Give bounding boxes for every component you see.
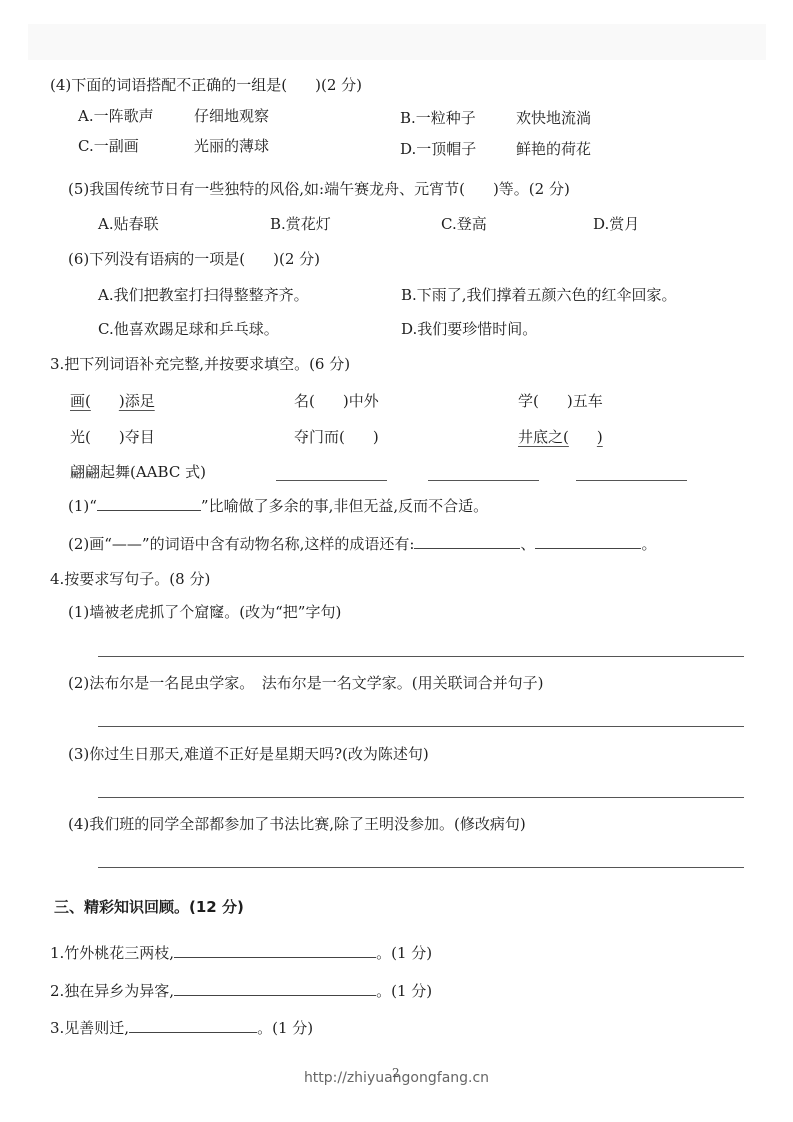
idiom-pre: 夺门而( — [294, 428, 345, 446]
idiom-5: 夺门而() — [294, 426, 379, 447]
idiom-2: 名()中外 — [294, 390, 379, 411]
q4-stem-text: (4)下面的词语搭配不正确的一组是( — [50, 76, 287, 94]
section3-title: 3.把下列词语补充完整,并按要求填空。(6 分) — [50, 353, 350, 374]
poem-pre: 3.见善则迁, — [50, 1019, 129, 1037]
part3-item-2-blank[interactable] — [174, 981, 376, 996]
aabc-blank-2[interactable] — [428, 480, 539, 481]
idiom-3: 学()五车 — [518, 390, 603, 411]
page-number: 2 — [392, 1066, 400, 1080]
idiom-post: ) — [597, 428, 603, 446]
idiom-pre: 井底之( — [518, 428, 569, 446]
q4-option-a: A.一阵歌声 — [78, 105, 154, 126]
poem-post: 。(1 分) — [257, 1019, 313, 1037]
q6-option-b: B.下雨了,我们撑着五颜六色的红伞回家。 — [401, 284, 677, 305]
q4-option-d: D.一顶帽子 — [400, 138, 476, 159]
poem-post: 。(1 分) — [376, 944, 432, 962]
part3-item-3: 3.见善则迁,。(1 分) — [50, 1017, 313, 1038]
sub2-blank-2[interactable] — [535, 534, 641, 549]
section4-item-2: (2)法布尔是一名昆虫学家。 法布尔是一名文学家。(用关联词合并句子) — [68, 672, 543, 693]
q6-stem-text: (6)下列没有语病的一项是( — [68, 250, 245, 268]
aabc-label: 翩翩起舞(AABC 式) — [70, 461, 206, 482]
q6-stem: (6)下列没有语病的一项是()(2 分) — [68, 248, 320, 269]
scan-header-band — [28, 24, 766, 60]
section4-answer-line-3[interactable] — [98, 797, 744, 798]
q5-option-c: C.登高 — [441, 213, 487, 234]
idiom-pre: 学( — [518, 392, 539, 410]
q5-stem-score: )等。(2 分) — [493, 180, 570, 198]
q4-option-b-text: 欢快地流淌 — [516, 107, 591, 128]
part3-title: 三、精彩知识回顾。(12 分) — [54, 896, 244, 917]
idiom-1: 画()添足 — [70, 390, 155, 411]
idiom-6-text: 井底之() — [518, 428, 603, 446]
sub1-blank[interactable] — [97, 496, 201, 511]
q5-stem-text: (5)我国传统节日有一些独特的风俗,如:端午赛龙舟、元宵节( — [68, 180, 465, 198]
idiom-post: )添足 — [119, 392, 155, 410]
q4-option-a-text: 仔细地观察 — [194, 105, 269, 126]
aabc-blank-1[interactable] — [276, 480, 387, 481]
q4-stem-score: )(2 分) — [315, 76, 362, 94]
section3-sub2: (2)画“——”的词语中含有动物名称,这样的成语还有:、。 — [68, 533, 656, 554]
section4-answer-line-4[interactable] — [98, 867, 744, 868]
poem-pre: 1.竹外桃花三两枝, — [50, 944, 174, 962]
part3-item-1-blank[interactable] — [174, 943, 376, 958]
q6-option-d: D.我们要珍惜时间。 — [401, 318, 537, 339]
q5-option-d: D.赏月 — [593, 213, 639, 234]
q4-option-d-text: 鲜艳的荷花 — [516, 138, 591, 159]
sub2-pre: (2)画“——”的词语中含有动物名称,这样的成语还有: — [68, 535, 414, 553]
part3-item-3-blank[interactable] — [129, 1018, 257, 1033]
poem-pre: 2.独在异乡为异客, — [50, 982, 174, 1000]
idiom-pre: 名( — [294, 392, 315, 410]
q4-option-b: B.一粒种子 — [400, 107, 476, 128]
sub1-post: ”比喻做了多余的事,非但无益,反而不合适。 — [201, 497, 488, 515]
sub2-end: 。 — [641, 535, 656, 553]
sub2-sep: 、 — [520, 535, 535, 553]
idiom-post: )中外 — [343, 392, 379, 410]
idiom-post: )五车 — [567, 392, 603, 410]
idiom-1-text: 画()添足 — [70, 392, 155, 410]
poem-post: 。(1 分) — [376, 982, 432, 1000]
option-label: A.一阵歌声 — [78, 107, 154, 125]
section4-item-3: (3)你过生日那天,难道不正好是星期天吗?(改为陈述句) — [68, 743, 429, 764]
idiom-post: ) — [373, 428, 379, 446]
idiom-pre: 光( — [70, 428, 91, 446]
section4-answer-line-2[interactable] — [98, 726, 744, 727]
aabc-blank-3[interactable] — [576, 480, 687, 481]
q5-stem: (5)我国传统节日有一些独特的风俗,如:端午赛龙舟、元宵节()等。(2 分) — [68, 178, 570, 199]
q4-stem: (4)下面的词语搭配不正确的一组是()(2 分) — [50, 74, 362, 95]
q4-option-c-text: 光丽的薄球 — [194, 135, 269, 156]
q6-stem-score: )(2 分) — [273, 250, 320, 268]
idiom-4: 光()夺目 — [70, 426, 155, 447]
section4-answer-line-1[interactable] — [98, 656, 744, 657]
section4-item-1: (1)墙被老虎抓了个窟窿。(改为“把”字句) — [68, 601, 341, 622]
sub2-blank-1[interactable] — [414, 534, 520, 549]
q4-option-c: C.一副画 — [78, 135, 139, 156]
q5-option-b: B.赏花灯 — [270, 213, 331, 234]
section4-title: 4.按要求写句子。(8 分) — [50, 568, 210, 589]
section3-sub1: (1)“”比喻做了多余的事,非但无益,反而不合适。 — [68, 495, 488, 516]
q5-option-a: A.贴春联 — [98, 213, 159, 234]
q6-option-a: A.我们把教室打扫得整整齐齐。 — [98, 284, 309, 305]
idiom-post: )夺目 — [119, 428, 155, 446]
idiom-pre: 画( — [70, 392, 91, 410]
part3-item-1: 1.竹外桃花三两枝,。(1 分) — [50, 942, 432, 963]
part3-item-2: 2.独在异乡为异客,。(1 分) — [50, 980, 432, 1001]
q6-option-c: C.他喜欢踢足球和乒乓球。 — [98, 318, 279, 339]
idiom-6: 井底之() — [518, 426, 603, 447]
section4-item-4: (4)我们班的同学全部都参加了书法比赛,除了王明没参加。(修改病句) — [68, 813, 526, 834]
sub1-pre: (1)“ — [68, 497, 97, 515]
